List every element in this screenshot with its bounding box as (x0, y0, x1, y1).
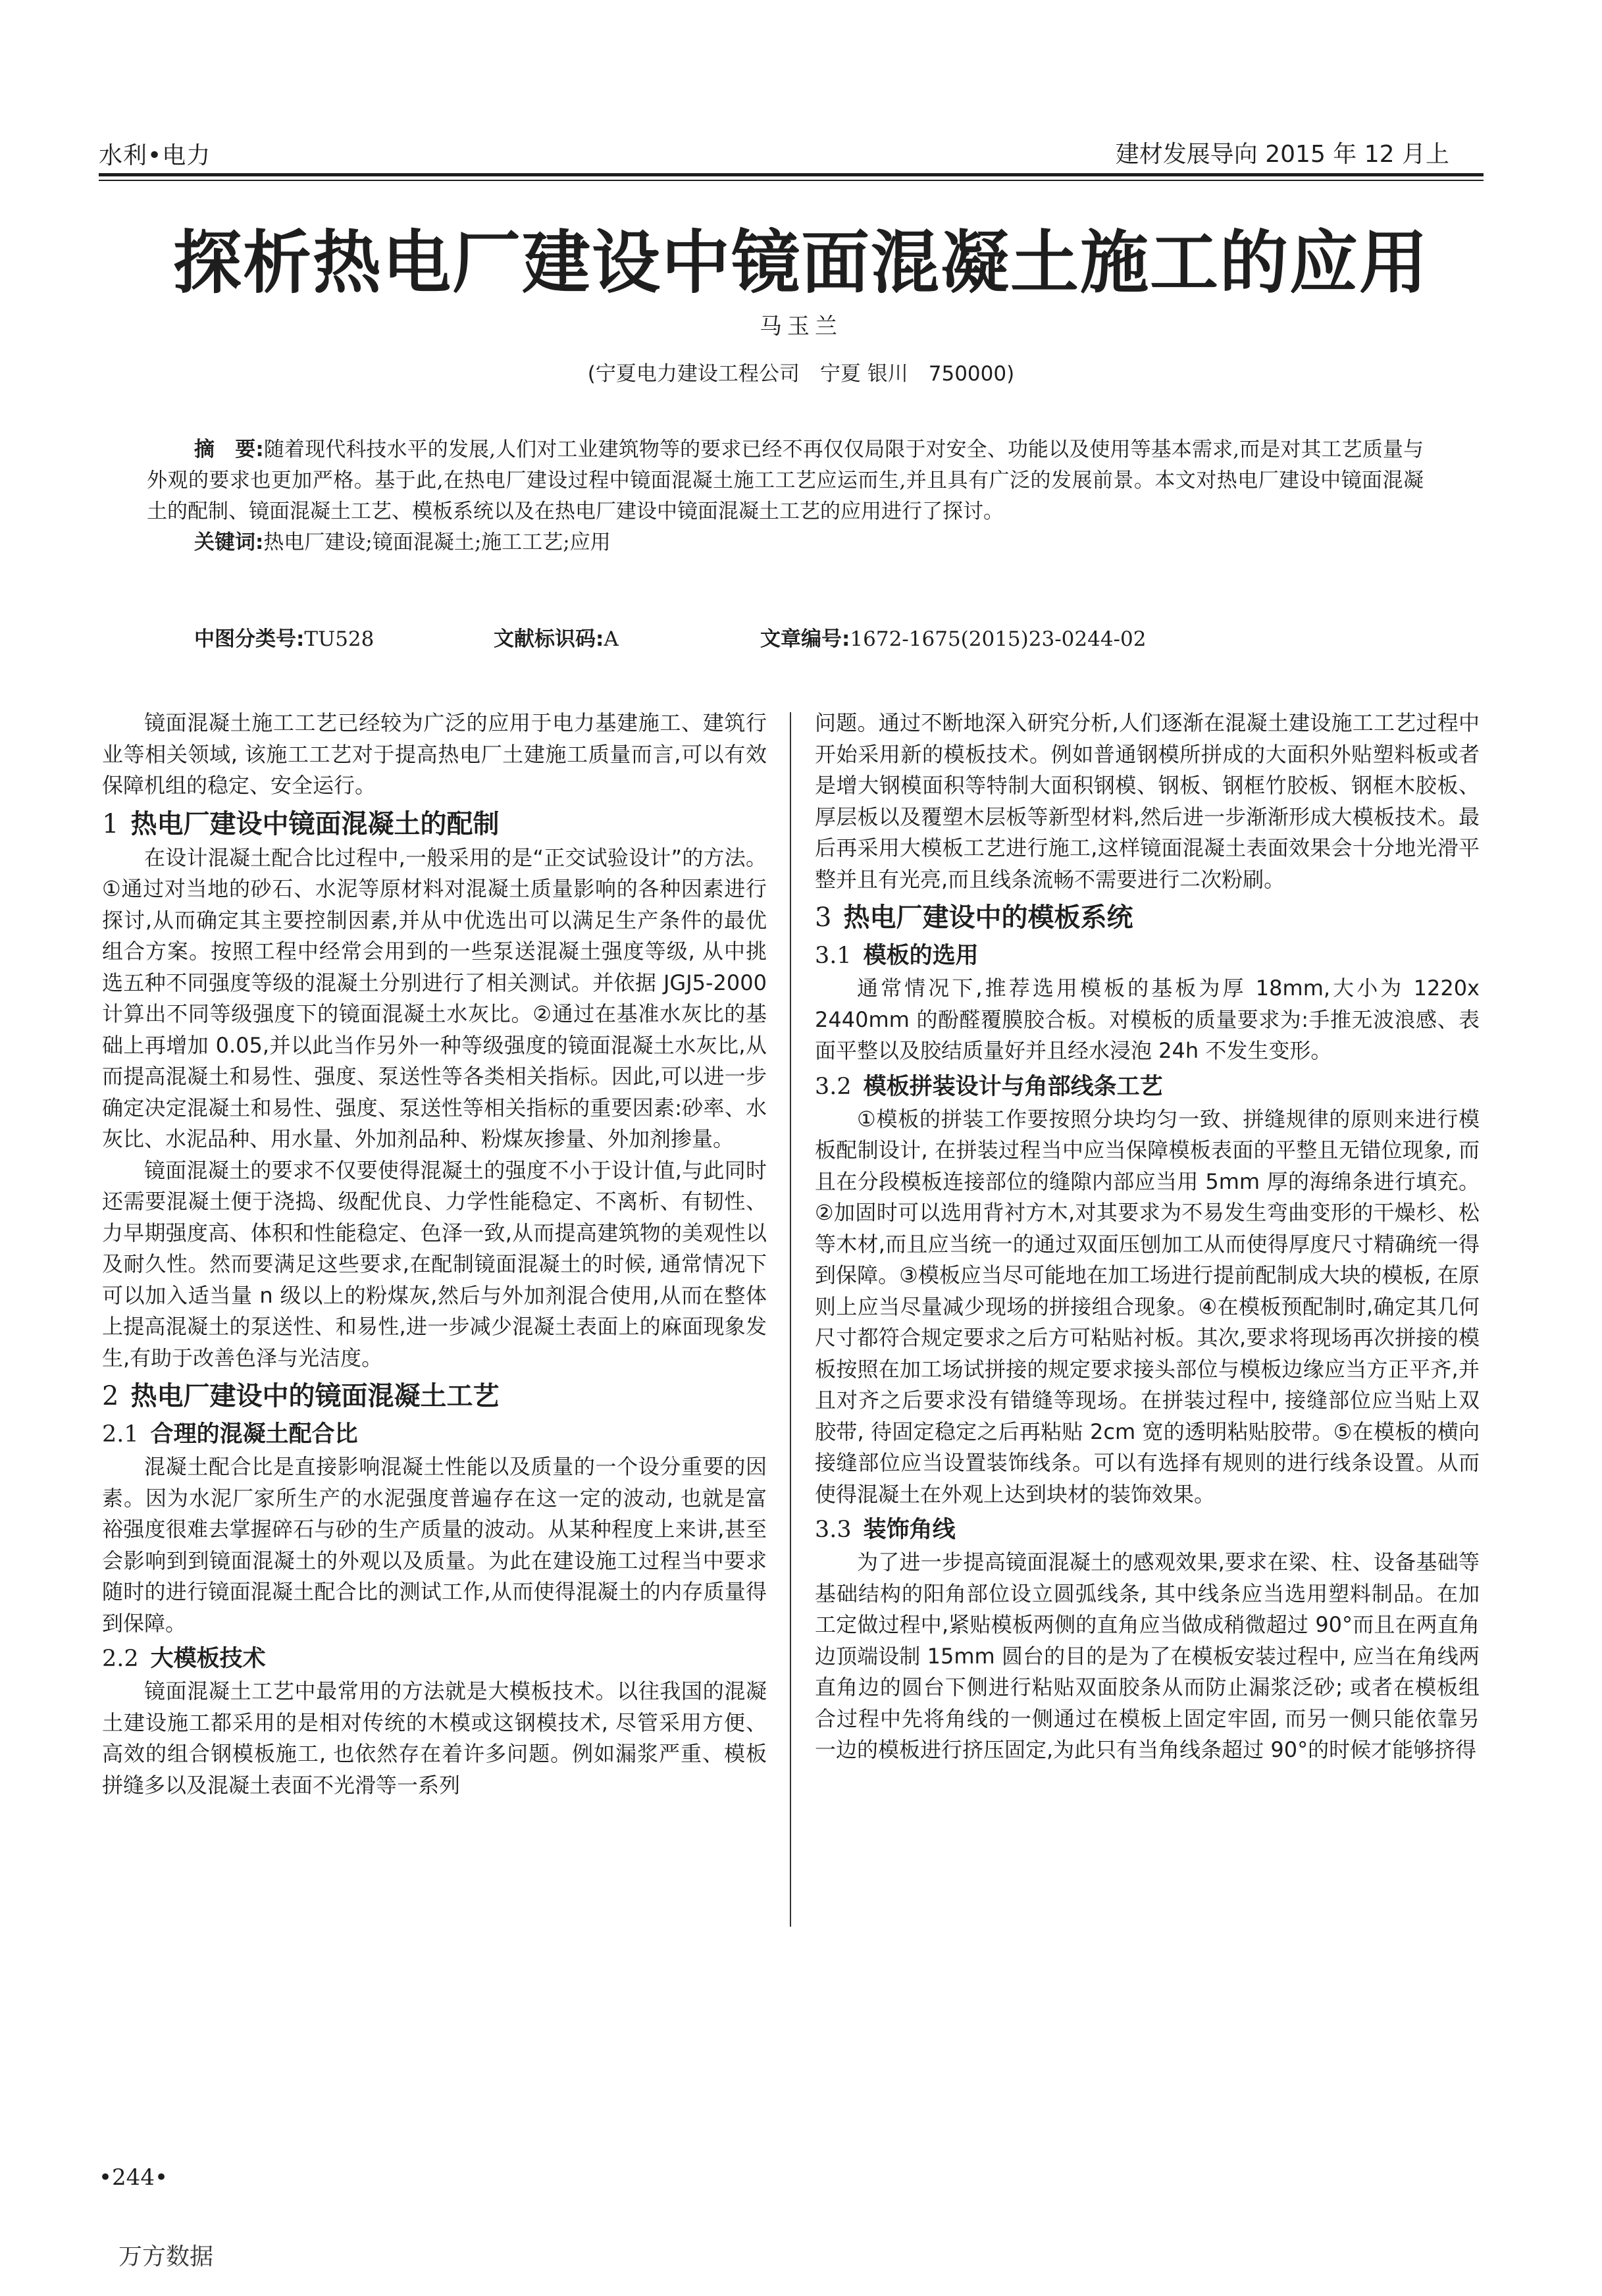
doc-code-value: A (604, 627, 618, 651)
section-3-2-paragraph: ①模板的拼装工作要按照分块均匀一致、拼缝规律的原则来进行模板配制设计, 在拼装过… (815, 1104, 1480, 1511)
column-divider (790, 712, 791, 1927)
section-3-1-heading: 3.1模板的选用 (815, 939, 1480, 973)
keywords-text: 热电厂建设;镜面混凝土;施工工艺;应用 (263, 531, 610, 554)
subsection-number: 2.1 (102, 1421, 139, 1448)
section-1-paragraph-1: 在设计混凝土配合比过程中,一般采用的是“正交试验设计”的方法。①通过对当地的砂石… (102, 843, 767, 1155)
affiliation: (宁夏电力建设工程公司 宁夏 银川 750000) (0, 357, 1602, 386)
header-rule-thin (99, 180, 1484, 181)
clc-label: 中图分类号: (194, 627, 304, 651)
abstract-block: 摘 要:随着现代科技水平的发展,人们对工业建筑物等的要求已经不再仅仅局限于对安全… (147, 434, 1424, 558)
abstract-paragraph: 摘 要:随着现代科技水平的发展,人们对工业建筑物等的要求已经不再仅仅局限于对安全… (147, 434, 1424, 527)
section-2-heading: 2热电厂建设中的镜面混凝土工艺 (102, 1378, 767, 1415)
subsection-title: 装饰角线 (864, 1517, 956, 1543)
subsection-number: 3.1 (815, 943, 852, 969)
header-rule-thick (99, 173, 1484, 176)
clc-item: 中图分类号:TU528 (194, 622, 374, 652)
section-number: 1 (102, 809, 118, 839)
running-header-journal: 建材发展导向 2015 年 12 月上 (1116, 136, 1449, 169)
page-number: •244• (99, 2164, 168, 2191)
watermark: 万方数据 (118, 2238, 213, 2272)
article-title: 探析热电厂建设中镜面混凝土施工的应用 (0, 207, 1602, 306)
article-no-item: 文章编号:1672-1675(2015)23-0244-02 (760, 622, 1146, 652)
section-title: 热电厂建设中的镜面混凝土工艺 (130, 1381, 499, 1411)
keywords-line: 关键词:热电厂建设;镜面混凝土;施工工艺;应用 (147, 527, 1424, 558)
subsection-title: 大模板技术 (151, 1646, 266, 1672)
abstract-text: 随着现代科技水平的发展,人们对工业建筑物等的要求已经不再仅仅局限于对安全、功能以… (147, 438, 1424, 523)
intro-paragraph: 镜面混凝土施工工艺已经较为广泛的应用于电力基建施工、建筑行业等相关领域, 该施工… (102, 708, 767, 802)
section-3-3-heading: 3.3装饰角线 (815, 1513, 1480, 1547)
section-1-paragraph-2: 镜面混凝土的要求不仅要使得混凝土的强度不小于设计值,与此同时还需要混凝土便于浇捣… (102, 1155, 767, 1374)
clc-value: TU528 (304, 627, 374, 651)
subsection-title: 模板拼装设计与角部线条工艺 (864, 1074, 1163, 1100)
section-2-2-paragraph-continued: 问题。通过不断地深入研究分析,人们逐渐在混凝土建设施工工艺过程中开始采用新的模板… (815, 708, 1480, 895)
article-no-value: 1672-1675(2015)23-0244-02 (850, 627, 1146, 651)
left-column: 镜面混凝土施工工艺已经较为广泛的应用于电力基建施工、建筑行业等相关领域, 该施工… (102, 708, 767, 1801)
subsection-number: 3.3 (815, 1517, 852, 1543)
section-number: 3 (815, 902, 831, 933)
abstract-label: 摘 要: (194, 438, 264, 461)
section-title: 热电厂建设中镜面混凝土的配制 (130, 809, 499, 839)
keywords-label: 关键词: (194, 531, 263, 554)
section-3-1-paragraph: 通常情况下,推荐选用模板的基板为厚 18mm,大小为 1220x 2440mm … (815, 973, 1480, 1067)
running-header-section: 水利•电力 (99, 137, 211, 170)
author: 马玉兰 (0, 308, 1602, 340)
subsection-title: 合理的混凝土配合比 (151, 1421, 358, 1448)
section-2-2-heading: 2.2大模板技术 (102, 1642, 767, 1676)
section-title: 热电厂建设中的模板系统 (843, 902, 1133, 933)
section-2-2-paragraph: 镜面混凝土工艺中最常用的方法就是大模板技术。以往我国的混凝土建设施工都采用的是相… (102, 1676, 767, 1801)
section-3-3-paragraph: 为了进一步提高镜面混凝土的感观效果,要求在梁、柱、设备基础等基础结构的阳角部位设… (815, 1547, 1480, 1766)
section-2-1-paragraph: 混凝土配合比是直接影响混凝土性能以及质量的一个设分重要的因素。因为水泥厂家所生产… (102, 1451, 767, 1639)
section-3-heading: 3热电厂建设中的模板系统 (815, 899, 1480, 936)
section-number: 2 (102, 1381, 118, 1411)
doc-code-item: 文献标识码:A (494, 622, 619, 652)
article-no-label: 文章编号: (760, 627, 850, 651)
doc-code-label: 文献标识码: (494, 627, 604, 651)
subsection-number: 2.2 (102, 1646, 139, 1672)
section-1-heading: 1热电厂建设中镜面混凝土的配制 (102, 806, 767, 843)
subsection-number: 3.2 (815, 1074, 852, 1100)
section-2-1-heading: 2.1合理的混凝土配合比 (102, 1417, 767, 1451)
right-column: 问题。通过不断地深入研究分析,人们逐渐在混凝土建设施工工艺过程中开始采用新的模板… (815, 708, 1480, 1766)
section-3-2-heading: 3.2模板拼装设计与角部线条工艺 (815, 1070, 1480, 1104)
subsection-title: 模板的选用 (864, 943, 979, 969)
